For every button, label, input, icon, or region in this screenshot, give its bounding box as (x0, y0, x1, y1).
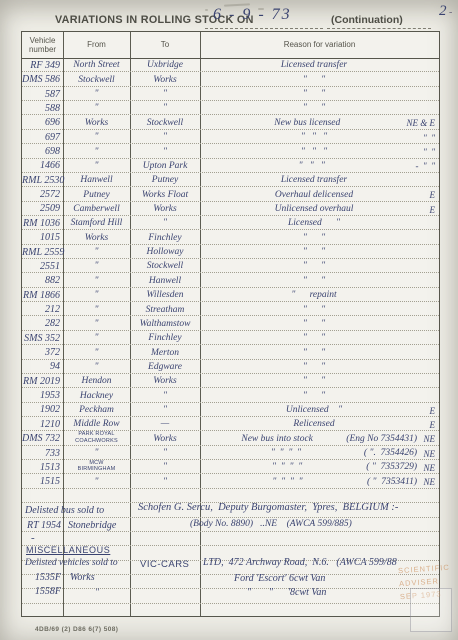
table-row: 2572PutneyWorks FloatOverhaul delicensed… (22, 187, 439, 201)
reason-text: Unlicensed overhaul (208, 205, 420, 215)
reason-text: New bus into stock (208, 435, 346, 445)
vehicle-number-cell: 696 (22, 118, 63, 129)
to-cell: " (130, 148, 200, 158)
reason-cell: " " (200, 320, 439, 330)
reason-text: " " (208, 320, 420, 330)
table-row: 733""" " " "( ". 7354426)NE (22, 446, 439, 460)
header-to: To (130, 40, 200, 49)
from-cell: " (63, 148, 130, 158)
table-row: 94"Edgware" " (22, 360, 439, 374)
table-row: 372"Merton" " (22, 345, 439, 359)
table-header-row: Vehicle number From To Reason for variat… (22, 32, 439, 59)
to-cell: " (130, 478, 200, 488)
table-row: RM 2019HendonWorks" " (22, 374, 439, 388)
table-row: 587""" " (22, 87, 439, 101)
reason-text: Licensed transfer (208, 176, 420, 186)
reason-text: " " (208, 334, 420, 344)
reason-text: Unlicensed " (208, 406, 420, 416)
table-row: 1513MCW BIRMINGHAM"" " " "( " 7353729)NE (22, 460, 439, 474)
vehicle-number-cell: 1515 (22, 477, 63, 488)
vehicle-number-cell: 372 (22, 348, 63, 359)
reason-cell: Unlicensed "E (200, 406, 439, 416)
reason-cell: Unlicensed overhaulE (200, 205, 439, 215)
vehicle-number-cell: DMS 732 (22, 434, 63, 445)
from-cell: Camberwell (63, 205, 130, 215)
reason-text: " " (208, 306, 420, 316)
reason-text: " " " " (208, 478, 367, 488)
scan-smudge (205, 9, 208, 11)
to-cell: Works (130, 76, 200, 86)
reason-cell: " " (200, 277, 439, 287)
table-row: RF 349North StreetUxbridgeLicensed trans… (22, 58, 439, 72)
from-cell: Middle Row (63, 420, 130, 430)
reason-cell: " " (200, 392, 439, 402)
rolling-stock-table: Vehicle number From To Reason for variat… (21, 31, 440, 617)
from-cell: " (63, 320, 130, 330)
reason-cell: " " (200, 90, 439, 100)
licensing-note: E (420, 421, 437, 430)
table-row: 1015WorksFinchley" " (22, 230, 439, 244)
reason-cell: " " (200, 76, 439, 86)
to-cell: Merton (130, 349, 200, 359)
from-cell: Stamford Hill (63, 219, 130, 229)
reason-cell: " " "- " " (200, 162, 439, 172)
blank-ruled-row (22, 518, 439, 532)
reason-cell: " " " "( ". 7354426)NE (200, 449, 439, 459)
blank-ruled-row (22, 589, 439, 603)
table-row: 212"Streatham" " (22, 302, 439, 316)
engine-number-text: ( " 7353729) (366, 463, 417, 473)
date-underline (205, 28, 323, 29)
licensing-note: E (420, 206, 437, 215)
to-cell: Works Float (130, 191, 200, 201)
reason-cell: Overhaul delicensedE (200, 191, 439, 201)
from-cell: " (63, 262, 130, 272)
licensing-note: E (420, 407, 437, 416)
to-cell: Finchley (130, 334, 200, 344)
to-cell: " (130, 90, 200, 100)
reason-cell: " " "" " (200, 148, 439, 158)
from-cell: Putney (63, 191, 130, 201)
table-row: 698""" " "" " (22, 144, 439, 158)
from-cell: " (63, 162, 130, 172)
to-cell: Stockwell (130, 262, 200, 272)
reason-cell: RelicensedE (200, 420, 439, 430)
to-cell: Works (130, 435, 200, 445)
to-cell: Works (130, 377, 200, 387)
licensing-note: " " (420, 148, 437, 157)
table-row: 1210Middle Row—RelicensedE (22, 417, 439, 431)
from-cell: Hendon (63, 377, 130, 387)
reason-cell: " " (200, 306, 439, 316)
table-row: 1902Peckham"Unlicensed "E (22, 403, 439, 417)
table-row: RM 1866"Willesden" repaint (22, 288, 439, 302)
to-cell: Hanwell (130, 277, 200, 287)
from-cell: Hanwell (63, 176, 130, 186)
reason-text: Relicensed (208, 420, 420, 430)
vehicle-number-cell: SMS 352 (22, 334, 63, 345)
from-cell: " (63, 478, 130, 488)
vehicle-number-cell: DMS 586 (22, 75, 63, 86)
from-cell: Peckham (63, 406, 130, 416)
blank-ruled-row (22, 503, 439, 517)
vehicle-number-cell: 587 (22, 90, 63, 101)
header-reason: Reason for variation (200, 40, 439, 49)
engine-number-text: ( ". 7354426) (364, 449, 417, 459)
to-cell: Upton Park (130, 162, 200, 172)
vehicle-number-cell: 733 (22, 449, 63, 460)
table-row: DMS 586StockwellWorks" " (22, 72, 439, 86)
table-body: RF 349North StreetUxbridgeLicensed trans… (22, 58, 439, 616)
vehicle-number-cell: 698 (22, 147, 63, 158)
to-cell: " (130, 406, 200, 416)
reason-cell: " " (200, 262, 439, 272)
to-cell: " (130, 104, 200, 114)
to-cell: Finchley (130, 234, 200, 244)
reason-text: " " (208, 377, 420, 387)
vehicle-number-cell: 697 (22, 133, 63, 144)
reason-cell: " " " "( " 7353729)NE (200, 463, 439, 473)
reason-cell: " " (200, 349, 439, 359)
from-cell: " (63, 334, 130, 344)
table-row: 696WorksStockwellNew bus licensedNE & E (22, 115, 439, 129)
reason-text: Overhaul delicensed (208, 191, 420, 201)
reason-cell: " repaint (200, 291, 439, 301)
table-row: DMS 732PARK ROYAL COACHWORKSWorksNew bus… (22, 431, 439, 445)
vehicle-number-cell: 1466 (22, 161, 63, 172)
from-cell: North Street (63, 61, 130, 71)
from-cell: Works (63, 234, 130, 244)
table-row: RML 2530HanwellPutneyLicensed transfer (22, 173, 439, 187)
from-cell: " (63, 104, 130, 114)
from-cell: PARK ROYAL COACHWORKS (63, 431, 130, 444)
vehicle-number-cell: 2572 (22, 190, 63, 201)
reason-text: " " (208, 392, 420, 402)
to-cell: Edgware (130, 363, 200, 373)
table-row (22, 489, 439, 503)
table-row: SMS 352"Finchley" " (22, 331, 439, 345)
reason-cell: Licensed transfer (200, 61, 439, 71)
continuation-underline (327, 28, 431, 29)
table-row: 882"Hanwell" " (22, 273, 439, 287)
from-cell: " (63, 291, 130, 301)
table-row: RML 2559"Holloway" " (22, 245, 439, 259)
from-cell: " (63, 306, 130, 316)
licensing-note: NE (420, 478, 437, 487)
blank-ruled-row (22, 575, 439, 589)
from-cell: " (63, 349, 130, 359)
licensing-note: " " (420, 134, 437, 143)
from-cell: " (63, 133, 130, 143)
vehicle-number-cell: 1210 (22, 420, 63, 431)
reason-cell: " " (200, 234, 439, 244)
vehicle-number-cell: 94 (22, 362, 63, 373)
table-row: 697""" " "" " (22, 130, 439, 144)
vehicle-number-cell: 2551 (22, 262, 63, 273)
reason-text: " " (208, 363, 420, 373)
table-row: 2509CamberwellWorksUnlicensed overhaulE (22, 202, 439, 216)
from-cell: " (63, 277, 130, 287)
table-row: 1953Hackney"" " (22, 388, 439, 402)
vehicle-number-cell: RM 2019 (22, 377, 63, 388)
page-number: 2 (439, 3, 452, 20)
reason-cell: " " (200, 363, 439, 373)
vehicle-number-cell: 2509 (22, 204, 63, 215)
vehicle-number-cell: RM 1036 (22, 219, 63, 230)
vehicle-number-cell: 1015 (22, 233, 63, 244)
vehicle-number-cell: RML 2559 (22, 248, 63, 259)
reason-cell: " " (200, 248, 439, 258)
engine-number-text: (Eng No 7354431) (346, 435, 417, 445)
from-cell: " (63, 248, 130, 258)
reason-text: " " (208, 248, 420, 258)
vehicle-number-cell: RML 2530 (22, 176, 63, 187)
reason-text: Licensed transfer (208, 61, 420, 71)
reason-text: " " " " (208, 449, 364, 459)
reason-text: " " (208, 104, 420, 114)
header-vehicle-number: Vehicle number (22, 36, 63, 54)
reason-text: " repaint (208, 291, 420, 301)
reason-text: " " (208, 76, 420, 86)
to-cell: Holloway (130, 248, 200, 258)
reason-text: Licensed " (208, 219, 420, 229)
licensing-note: NE (420, 464, 437, 473)
from-cell: " (63, 90, 130, 100)
reason-cell: " " " "( " 7353411)NE (200, 478, 439, 488)
reason-text: " " " (208, 133, 420, 143)
reason-cell: Licensed " (200, 219, 439, 229)
vehicle-number-cell: 212 (22, 305, 63, 316)
scanned-document-page: VARIATIONS IN ROLLING STOCK ON 6 - 9 - 7… (0, 0, 458, 640)
reason-cell: " " (200, 334, 439, 344)
from-cell: Works (63, 119, 130, 129)
from-cell: " (63, 363, 130, 373)
to-cell: Putney (130, 176, 200, 186)
to-cell: " (130, 463, 200, 473)
table-row: 1466"Upton Park" " "- " " (22, 159, 439, 173)
reason-text: " " " (208, 162, 415, 172)
reason-cell: New bus into stock(Eng No 7354431)NE (200, 435, 439, 445)
continuation-label: (Continuation) (331, 14, 403, 26)
reason-cell: " " (200, 104, 439, 114)
reason-text: " " (208, 262, 420, 272)
licensing-note: NE (420, 450, 437, 459)
reason-text: " " (208, 349, 420, 359)
reason-text: " " (208, 90, 420, 100)
reason-cell: " " "" " (200, 133, 439, 143)
to-cell: Streatham (130, 306, 200, 316)
reason-text: " " (208, 277, 420, 287)
table-row: 2551"Stockwell" " (22, 259, 439, 273)
vehicle-number-cell: RF 349 (22, 61, 63, 72)
licensing-note: - " " (415, 162, 437, 171)
blank-ruled-row (22, 546, 439, 560)
blank-ruled-row (22, 561, 439, 575)
handwritten-date: 6 - 9 - 73 (213, 6, 292, 24)
table-row: 588""" " (22, 101, 439, 115)
reason-cell: New bus licensedNE & E (200, 119, 439, 129)
licensing-note: E (420, 191, 437, 200)
engine-number-text: ( " 7353411) (367, 478, 417, 488)
from-cell: MCW BIRMINGHAM (63, 460, 130, 473)
form-reference-code: 4DB/69 (2) D86 6(7) 508) (35, 626, 118, 633)
vehicle-number-cell: 282 (22, 319, 63, 330)
vehicle-number-cell: 882 (22, 276, 63, 287)
to-cell: — (130, 420, 200, 430)
blank-ruled-row (22, 604, 439, 616)
to-cell: Works (130, 205, 200, 215)
header-from: From (63, 40, 130, 49)
reason-text: New bus licensed (208, 119, 407, 129)
to-cell: Willesden (130, 291, 200, 301)
table-row: 1515""" " " "( " 7353411)NE (22, 474, 439, 488)
licensing-note: NE (420, 435, 437, 444)
reason-text: " " " (208, 148, 420, 158)
to-cell: " (130, 219, 200, 229)
to-cell: " (130, 133, 200, 143)
to-cell: " (130, 449, 200, 459)
stamp-box-outline (410, 588, 452, 632)
reason-cell: Licensed transfer (200, 176, 439, 186)
table-row: RM 1036Stamford Hill"Licensed " (22, 216, 439, 230)
to-cell: " (130, 392, 200, 402)
vehicle-number-cell: 1902 (22, 405, 63, 416)
vehicle-number-cell: 1953 (22, 391, 63, 402)
from-cell: Stockwell (63, 76, 130, 86)
to-cell: Uxbridge (130, 61, 200, 71)
to-cell: Walthamstow (130, 320, 200, 330)
vehicle-number-cell: RM 1866 (22, 291, 63, 302)
licensing-note: NE & E (407, 119, 438, 128)
from-cell: " (63, 449, 130, 459)
vehicle-number-cell: 588 (22, 104, 63, 115)
from-cell: Hackney (63, 392, 130, 402)
reason-text: " " " " (208, 463, 366, 473)
table-row: 282"Walthamstow" " (22, 316, 439, 330)
vehicle-number-cell: 1513 (22, 463, 63, 474)
reason-cell: " " (200, 377, 439, 387)
reason-text: " " (208, 234, 420, 244)
blank-ruled-row (22, 532, 439, 546)
to-cell: Stockwell (130, 119, 200, 129)
